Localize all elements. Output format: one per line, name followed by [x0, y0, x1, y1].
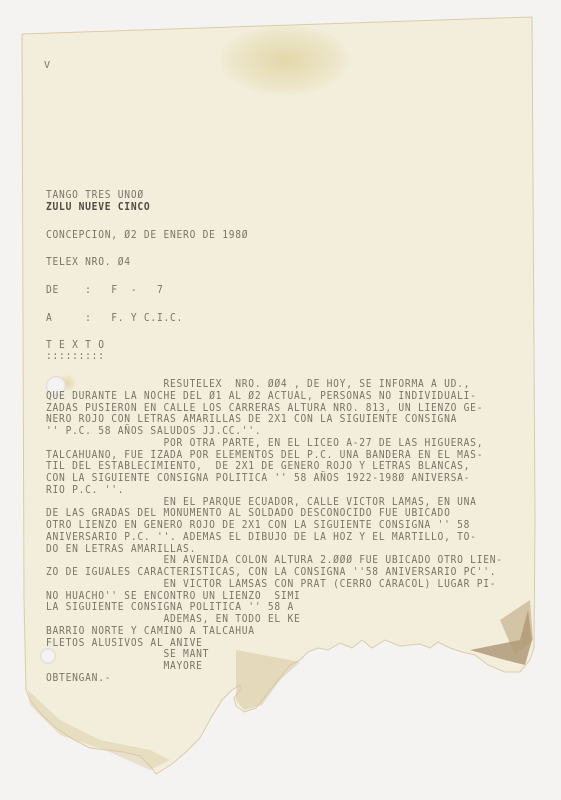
to-field: A : F. Y C.I.C.	[46, 312, 183, 326]
document-page: V TANGO TRES UNOØ ZULU NUEVE CINCO CONCE…	[0, 0, 561, 800]
water-stain	[220, 25, 350, 95]
corner-mark: V	[44, 60, 50, 71]
place-date: CONCEPCION, Ø2 DE ENERO DE 198Ø	[46, 229, 248, 243]
body-line: OBTENGAN.-	[46, 672, 111, 686]
header-line-2: ZULU NUEVE CINCO	[46, 201, 150, 215]
texto-rule: :::::::::	[46, 350, 105, 364]
from-field: DE : F - 7	[46, 284, 163, 298]
telex-number: TELEX NRO. Ø4	[46, 256, 131, 270]
